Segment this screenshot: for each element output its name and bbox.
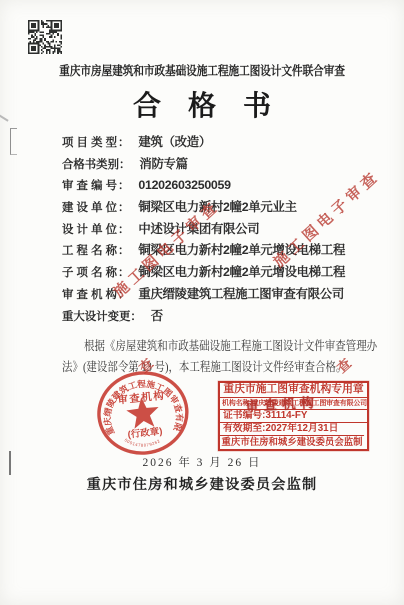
field-label: 子 项 名 称 <box>62 263 118 285</box>
stamp-admin-seal-label: (行政章) <box>127 425 163 441</box>
field-row-construction-unit: 建 设 单 位：铜梁区电力新村2幢2单元业主 <box>62 196 362 218</box>
field-value: 01202603250059 <box>138 178 230 192</box>
issue-date: 2026 年 3 月 26 日 <box>0 454 404 470</box>
field-value: 否 <box>151 309 163 323</box>
qr-code <box>28 18 62 56</box>
field-value: 铜梁区电力新村2幢2单元增设电梯工程 <box>138 243 345 257</box>
field-label: 设 计 单 位 <box>62 220 118 242</box>
overlapping-stamp-text: 审查机构 <box>245 391 320 415</box>
field-row-major-design-change: 重大设计变更：否 <box>62 305 362 327</box>
field-row-project-name: 工 程 名 称：铜梁区电力新村2幢2单元增设电梯工程 <box>62 239 362 261</box>
field-row-certificate-category: 合格书类别：消防专篇 <box>62 153 362 175</box>
field-label: 审 查 编 号 <box>62 176 118 198</box>
statement-line-1: 根据《房屋建筑和市政基础设施工程施工图设计文件审查管理办 <box>62 336 354 357</box>
field-row-review-agency: 审 查 机 构：重庆缙陵建筑工程施工图审查有限公司 <box>62 283 362 305</box>
field-value: 重庆缙陵建筑工程施工图审查有限公司 <box>138 287 344 301</box>
supervising-authority: 重庆市住房和城乡建设委员会监制 <box>0 474 404 494</box>
certificate-page: 重庆市房屋建筑和市政基础设施工程施工图设计文件联合审查 合格书 项 目 类 型：… <box>0 0 404 605</box>
field-value: 铜梁区电力新村2幢2单元业主 <box>138 200 296 214</box>
review-agency-round-stamp: 重庆缙陵建筑工程施工图审查有限公司 审查机构 (行政章) 50014780792… <box>88 363 197 465</box>
field-value: 建筑（改造） <box>138 135 211 149</box>
field-row-design-unit: 设 计 单 位：中述设计集团有限公司 <box>62 218 362 240</box>
field-value: 消防专篇 <box>139 157 187 171</box>
field-value: 铜梁区电力新村2幢2单元增设电梯工程 <box>138 265 345 279</box>
field-row-review-number: 审 查 编 号：01202603250059 <box>62 174 362 196</box>
stamp-box-supervisor: 重庆市住房和城乡建设委员会监制 <box>220 435 364 449</box>
field-list: 项 目 类 型：建筑（改造） 合格书类别：消防专篇 审 查 编 号：012026… <box>62 131 362 326</box>
stamp-box-valid-until: 有效期至:2027年12月31日 <box>220 422 367 435</box>
field-label: 审 查 机 构 <box>62 285 118 307</box>
field-label: 工 程 名 称 <box>62 241 118 263</box>
joint-review-title: 重庆市房屋建筑和市政基础设施工程施工图设计文件联合审查 <box>28 61 375 79</box>
field-label: 项 目 类 型 <box>62 133 118 155</box>
field-label: 重大设计变更 <box>62 307 130 329</box>
certificate-title: 合格书 <box>0 84 404 124</box>
field-label: 合格书类别 <box>62 155 119 177</box>
field-label: 建 设 单 位 <box>62 198 118 220</box>
field-row-subproject-name: 子 项 名 称：铜梁区电力新村2幢2单元增设电梯工程 <box>62 261 362 283</box>
field-row-project-type: 项 目 类 型：建筑（改造） <box>62 131 362 153</box>
scan-artifact-bracket <box>10 128 17 155</box>
field-value: 中述设计集团有限公司 <box>138 222 259 236</box>
